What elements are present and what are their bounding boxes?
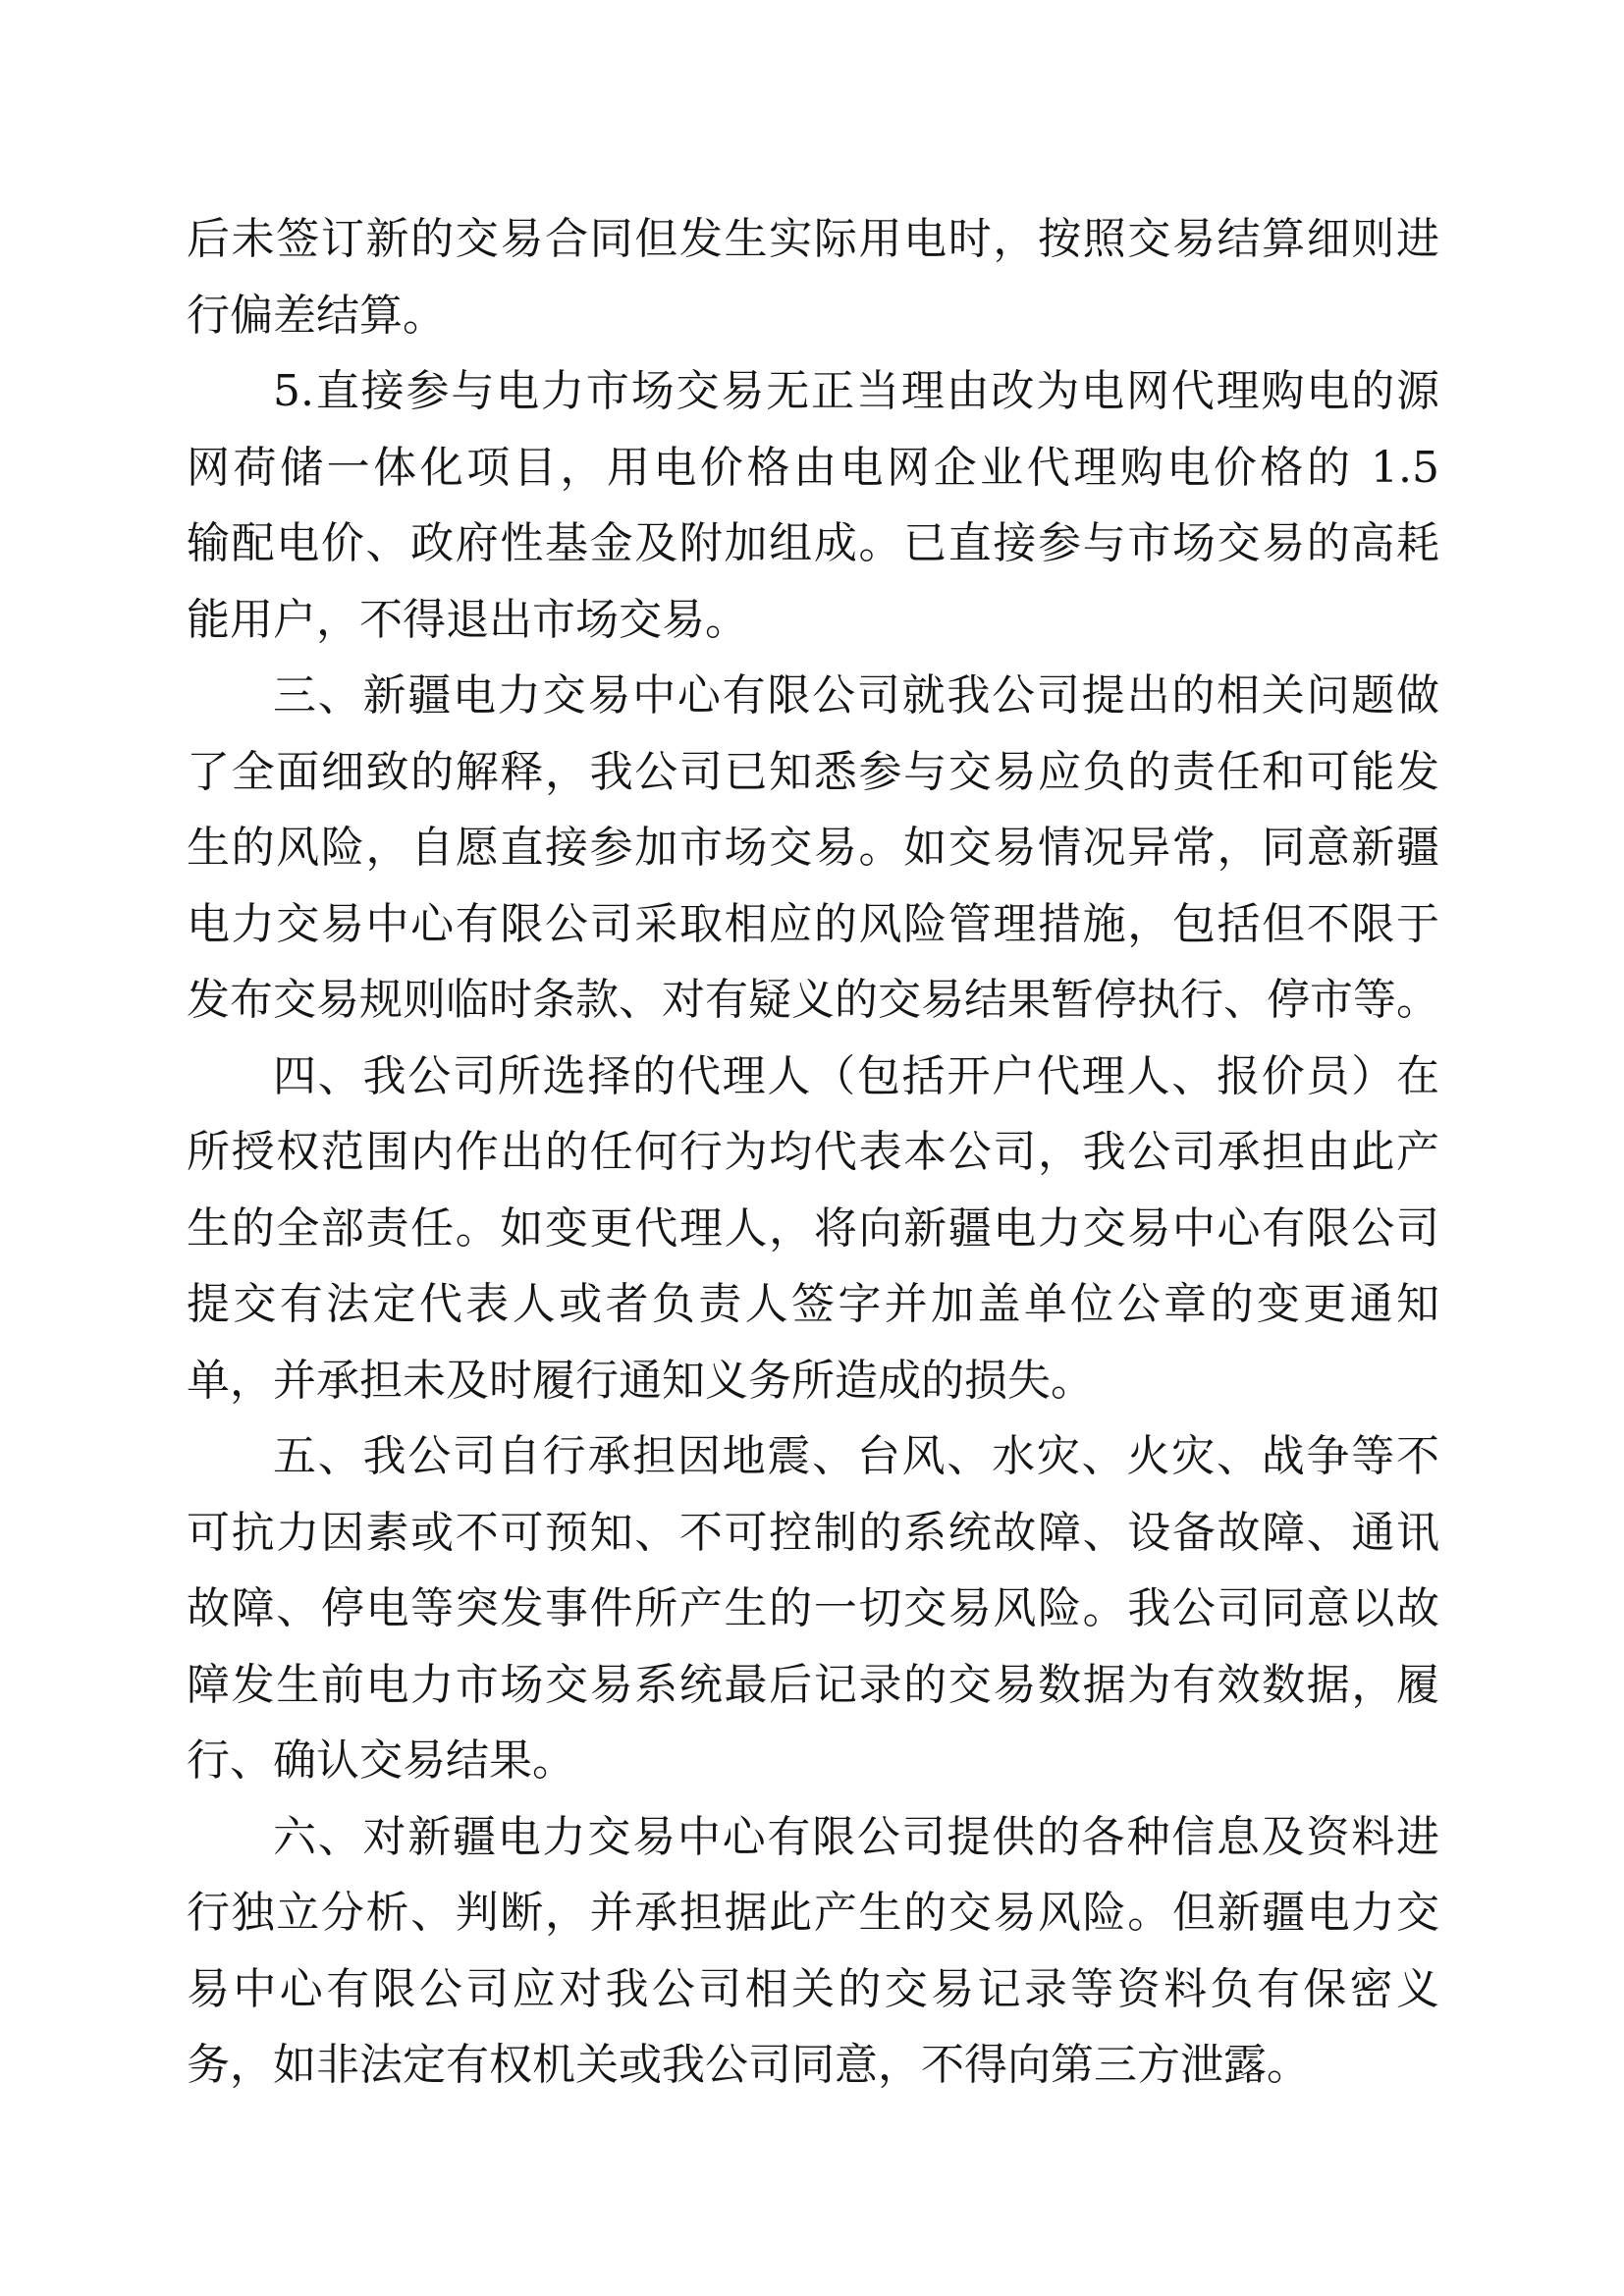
text-line: 障发生前电力市场交易系统最后记录的交易数据为有效数据，履 (187, 1647, 1439, 1724)
text-line: 网荷储一体化项目，用电价格由电网企业代理购电价格的 1.5 倍、 (187, 430, 1439, 507)
document-page: 后未签订新的交易合同但发生实际用电时，按照交易结算细则进行偏差结算。5.直接参与… (0, 0, 1624, 2296)
text-line: 可抗力因素或不可预知、不可控制的系统故障、设备故障、通讯 (187, 1495, 1439, 1572)
text-line: 5.直接参与电力市场交易无正当理由改为电网代理购电的源 (187, 353, 1439, 430)
text-line: 三、新疆电力交易中心有限公司就我公司提出的相关问题做 (187, 658, 1439, 734)
text-line: 行、确认交易结果。 (187, 1723, 1439, 1799)
text-line: 电力交易中心有限公司采取相应的风险管理措施，包括但不限于 (187, 886, 1439, 963)
text-line: 后未签订新的交易合同但发生实际用电时，按照交易结算细则进 (187, 201, 1439, 278)
text-line: 所授权范围内作出的任何行为均代表本公司，我公司承担由此产 (187, 1114, 1439, 1191)
text-line: 生的风险，自愿直接参加市场交易。如交易情况异常，同意新疆 (187, 810, 1439, 886)
text-line: 单，并承担未及时履行通知义务所造成的损失。 (187, 1343, 1439, 1419)
text-line: 五、我公司自行承担因地震、台风、水灾、火灾、战争等不 (187, 1418, 1439, 1495)
text-line: 六、对新疆电力交易中心有限公司提供的各种信息及资料进 (187, 1799, 1439, 1876)
document-lines: 后未签订新的交易合同但发生实际用电时，按照交易结算细则进行偏差结算。5.直接参与… (187, 201, 1439, 2104)
text-line: 输配电价、政府性基金及附加组成。已直接参与市场交易的高耗 (187, 506, 1439, 582)
text-line: 提交有法定代表人或者负责人签字并加盖单位公章的变更通知 (187, 1266, 1439, 1343)
text-line: 四、我公司所选择的代理人（包括开户代理人、报价员）在 (187, 1039, 1439, 1115)
text-line: 务，如非法定有权机关或我公司同意，不得向第三方泄露。 (187, 2027, 1439, 2104)
text-line: 了全面细致的解释，我公司已知悉参与交易应负的责任和可能发 (187, 734, 1439, 811)
text-line: 能用户，不得退出市场交易。 (187, 582, 1439, 659)
text-line: 行偏差结算。 (187, 278, 1439, 354)
text-line: 故障、停电等突发事件所产生的一切交易风险。我公司同意以故 (187, 1571, 1439, 1647)
text-line: 行独立分析、判断，并承担据此产生的交易风险。但新疆电力交 (187, 1875, 1439, 1951)
text-line: 发布交易规则临时条款、对有疑义的交易结果暂停执行、停市等。 (187, 962, 1439, 1039)
text-line: 易中心有限公司应对我公司相关的交易记录等资料负有保密义 (187, 1951, 1439, 2028)
text-line: 生的全部责任。如变更代理人，将向新疆电力交易中心有限公司 (187, 1191, 1439, 1267)
